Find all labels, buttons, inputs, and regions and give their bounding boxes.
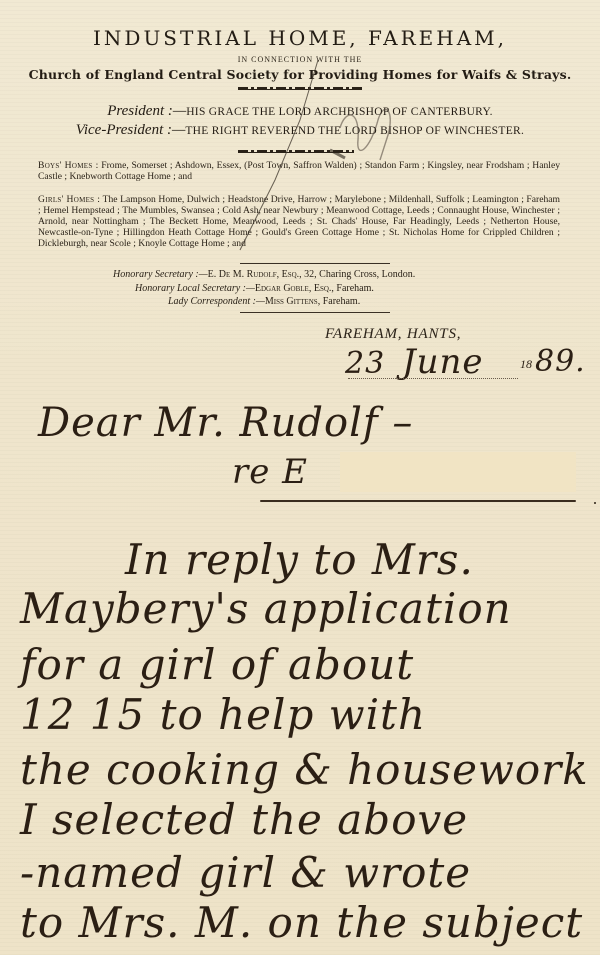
- honorary-secretary: Honorary Secretary :—E. De M. Rudolf, Es…: [113, 269, 415, 280]
- ink-dot: [594, 502, 596, 504]
- date-year-suffix: 89.: [535, 344, 586, 379]
- salutation: Dear Mr. Rudolf –: [38, 400, 413, 446]
- boys-homes-list: Boys' Homes : Frome, Somerset ; Ashdown,…: [38, 160, 560, 182]
- date-day: 23: [345, 346, 385, 381]
- place-heading: FAREHAM, HANTS,: [325, 326, 461, 343]
- letterhead-society: Church of England Central Society for Pr…: [0, 67, 600, 82]
- body-line: to Mrs. M. on the subject: [20, 898, 583, 947]
- secretary-role: Honorary Local Secretary :—: [135, 283, 255, 294]
- body-line: the cooking & housework: [20, 745, 589, 794]
- secretary-detail: , Fareham.: [318, 296, 361, 307]
- body-line: -named girl & wrote: [20, 848, 471, 897]
- boys-homes-label: Boys' Homes :: [38, 160, 99, 171]
- body-line: Maybery's application: [20, 584, 512, 633]
- secretary-detail: , Fareham.: [331, 283, 374, 294]
- officer-role: Vice-President :—: [76, 122, 186, 138]
- girls-homes-text: The Lampson Home, Dulwich ; Headstone Dr…: [38, 194, 560, 249]
- officer-name: HIS GRACE THE LORD ARCHBISHOP OF CANTERB…: [186, 106, 493, 118]
- officer-vice-president: Vice-President :—THE RIGHT REVEREND THE …: [0, 122, 600, 139]
- secretary-role: Lady Correspondent :—: [168, 296, 265, 307]
- re-underline: [260, 500, 576, 502]
- secretary-name: Edgar Goble, Esq.: [255, 283, 332, 294]
- girls-homes-list: Girls' Homes : The Lampson Home, Dulwich…: [38, 194, 560, 249]
- ornamental-divider: [238, 87, 362, 90]
- letterhead-connection: IN CONNECTION WITH THE: [0, 55, 600, 64]
- body-line: I selected the above: [20, 795, 468, 844]
- body-line: 12 15 to help with: [20, 690, 426, 739]
- secretary-detail: , 32, Charing Cross, London.: [299, 269, 415, 280]
- officer-name: THE RIGHT REVEREND THE LORD BISHOP OF WI…: [185, 125, 524, 137]
- officer-role: President :—: [107, 103, 186, 119]
- ornamental-divider: [238, 150, 354, 153]
- secretary-name: Miss Gittens: [265, 296, 318, 307]
- date-month: June: [402, 342, 484, 382]
- secretary-name: E. De M. Rudolf, Esq.: [208, 269, 300, 280]
- date-dotted-line: [348, 378, 518, 379]
- body-line: In reply to Mrs.: [125, 535, 474, 584]
- body-line: for a girl of about: [20, 640, 414, 689]
- lady-correspondent: Lady Correspondent :—Miss Gittens, Fareh…: [168, 296, 360, 307]
- letterhead-title: INDUSTRIAL HOME, FAREHAM,: [0, 26, 600, 50]
- date-year-prefix: 18: [520, 357, 532, 372]
- letter-page: INDUSTRIAL HOME, FAREHAM, IN CONNECTION …: [0, 0, 600, 955]
- boys-homes-text: Frome, Somerset ; Ashdown, Essex, (Post …: [38, 160, 560, 182]
- officer-president: President :—HIS GRACE THE LORD ARCHBISHO…: [0, 103, 600, 120]
- re-line: re E: [232, 452, 308, 492]
- divider-rule: [240, 312, 390, 313]
- girls-homes-label: Girls' Homes :: [38, 194, 100, 205]
- divider-rule: [240, 263, 390, 264]
- secretary-role: Honorary Secretary :—: [113, 269, 208, 280]
- honorary-local-secretary: Honorary Local Secretary :—Edgar Goble, …: [135, 283, 374, 294]
- redacted-area: [340, 452, 576, 492]
